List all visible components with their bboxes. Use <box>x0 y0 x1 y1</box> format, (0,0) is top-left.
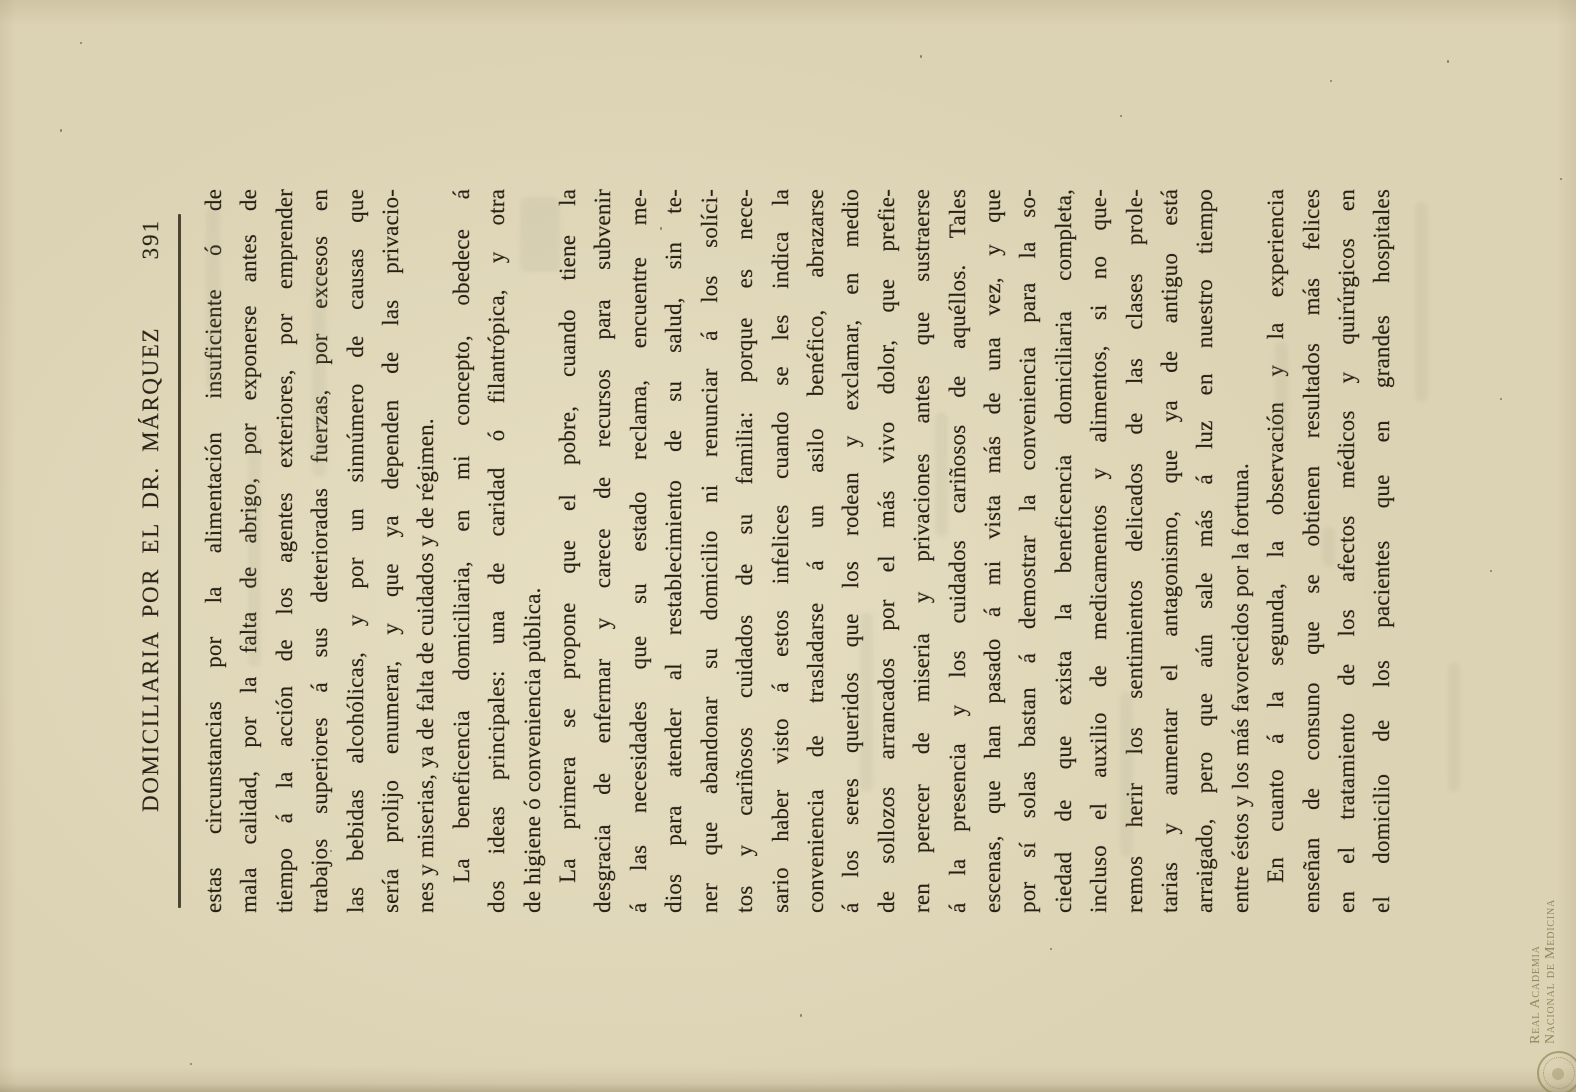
text-line: conveniencia de trasladarse á un asilo b… <box>798 189 833 913</box>
text-line: ciedad de que exista la beneficencia dom… <box>1046 189 1081 913</box>
bleedthrough-ghost <box>935 412 948 537</box>
scan-viewport: DOMICILIARIA POR EL DR. MÁRQUEZ 391 esta… <box>0 0 1576 1092</box>
library-seal-core <box>1552 1068 1564 1080</box>
text-line: á la presencia y los cuidados cariñosos … <box>940 189 975 913</box>
text-line: La beneficencia domiciliaria, en mi conc… <box>444 189 479 913</box>
library-stamp-text: Real Academia Nacional de Medicina <box>1528 899 1558 1044</box>
paper-speck <box>190 1063 192 1065</box>
text-line: dos ideas principales: una de caridad ó … <box>479 189 514 913</box>
text-line: La primera se propone que el pobre, cuan… <box>550 189 585 913</box>
book-page: DOMICILIARIA POR EL DR. MÁRQUEZ 391 esta… <box>0 0 1576 1092</box>
paper-speck <box>1330 80 1332 82</box>
paper-speck <box>1490 570 1492 572</box>
text-line: por sí solas bastan á demostrar la conve… <box>1010 189 1045 913</box>
bleedthrough-ghost <box>1415 202 1428 402</box>
page-body: estas circunstancias por la alimentación… <box>196 189 1400 913</box>
stamp-line-1: Real Academia <box>1528 899 1543 1044</box>
paper-speck <box>800 1014 802 1017</box>
bleedthrough-ghost <box>1322 527 1335 567</box>
paper-speck <box>1120 115 1122 117</box>
text-line: incluso el auxilio de medicamentos y ali… <box>1081 189 1116 913</box>
text-line: arraigado, pero que aún sale más á luz e… <box>1187 189 1222 913</box>
header-rule <box>178 214 181 908</box>
text-line: desgracia de enfermar y carece de recurs… <box>585 189 620 913</box>
text-line: entre éstos y los más favorecidos por la… <box>1223 189 1258 913</box>
library-seal-icon <box>1537 1051 1576 1092</box>
text-line: á los seres queridos que los rodean y ex… <box>833 189 868 913</box>
bleedthrough-ghost <box>248 432 261 667</box>
paper-speck <box>60 129 62 132</box>
bleedthrough-ghost <box>1448 662 1460 792</box>
paper-speck <box>80 42 82 44</box>
text-line: tiempo á la acción de los agentes exteri… <box>267 189 302 913</box>
bleedthrough-ghost <box>312 272 326 477</box>
paper-speck <box>1560 178 1562 180</box>
text-line: á las necesidades que su estado reclama,… <box>621 189 656 913</box>
text-line: tarias y aumentar el antagonismo, que ya… <box>1152 189 1187 913</box>
paper-speck <box>660 227 662 230</box>
text-line: el domicilio de los pacientes que en gra… <box>1364 189 1399 913</box>
paper-speck <box>420 653 422 655</box>
text-line: escenas, que han pasado á mi vista más d… <box>975 189 1010 913</box>
text-line: ren perecer de miseria y privaciones ant… <box>904 189 939 913</box>
paper-speck <box>1500 398 1502 400</box>
paper-speck <box>920 55 922 58</box>
bleedthrough-ghost <box>520 197 560 272</box>
text-line: tos y cariñosos cuidados de su familia: … <box>727 189 762 913</box>
paper-speck <box>245 423 247 425</box>
bleedthrough-ghost <box>860 612 873 792</box>
text-line: de higiene ó conveniencia pública. <box>515 189 550 913</box>
text-line: de sollozos arrancados por el más vivo d… <box>869 189 904 913</box>
bleedthrough-ghost <box>1275 342 1288 437</box>
text-line: sario haber visto á estos infelices cuan… <box>763 189 798 913</box>
text-line: En cuanto á la segunda, la observación y… <box>1258 189 1293 913</box>
running-title: DOMICILIARIA POR EL DR. MÁRQUEZ <box>138 327 164 812</box>
running-head: DOMICILIARIA POR EL DR. MÁRQUEZ 391 <box>138 189 170 913</box>
page-number: 391 <box>138 219 164 260</box>
text-line: ner que abandonar su domicilio ni renunc… <box>692 189 727 913</box>
text-line: las bebidas alcohólicas, y por un sinnúm… <box>338 189 373 913</box>
paper-speck <box>330 850 332 852</box>
stamp-line-2: Nacional de Medicina <box>1543 899 1558 1044</box>
bleedthrough-ghost <box>1120 692 1133 857</box>
text-line: dios para atender al restablecimiento de… <box>656 189 691 913</box>
paper-speck <box>1050 948 1052 950</box>
text-line: nes y miserias, ya de falta de cuidados … <box>408 189 443 913</box>
paper-speck <box>1447 60 1449 63</box>
text-line: sería prolijo enumerar, y que ya depende… <box>373 189 408 913</box>
bleedthrough-ghost <box>206 207 220 392</box>
